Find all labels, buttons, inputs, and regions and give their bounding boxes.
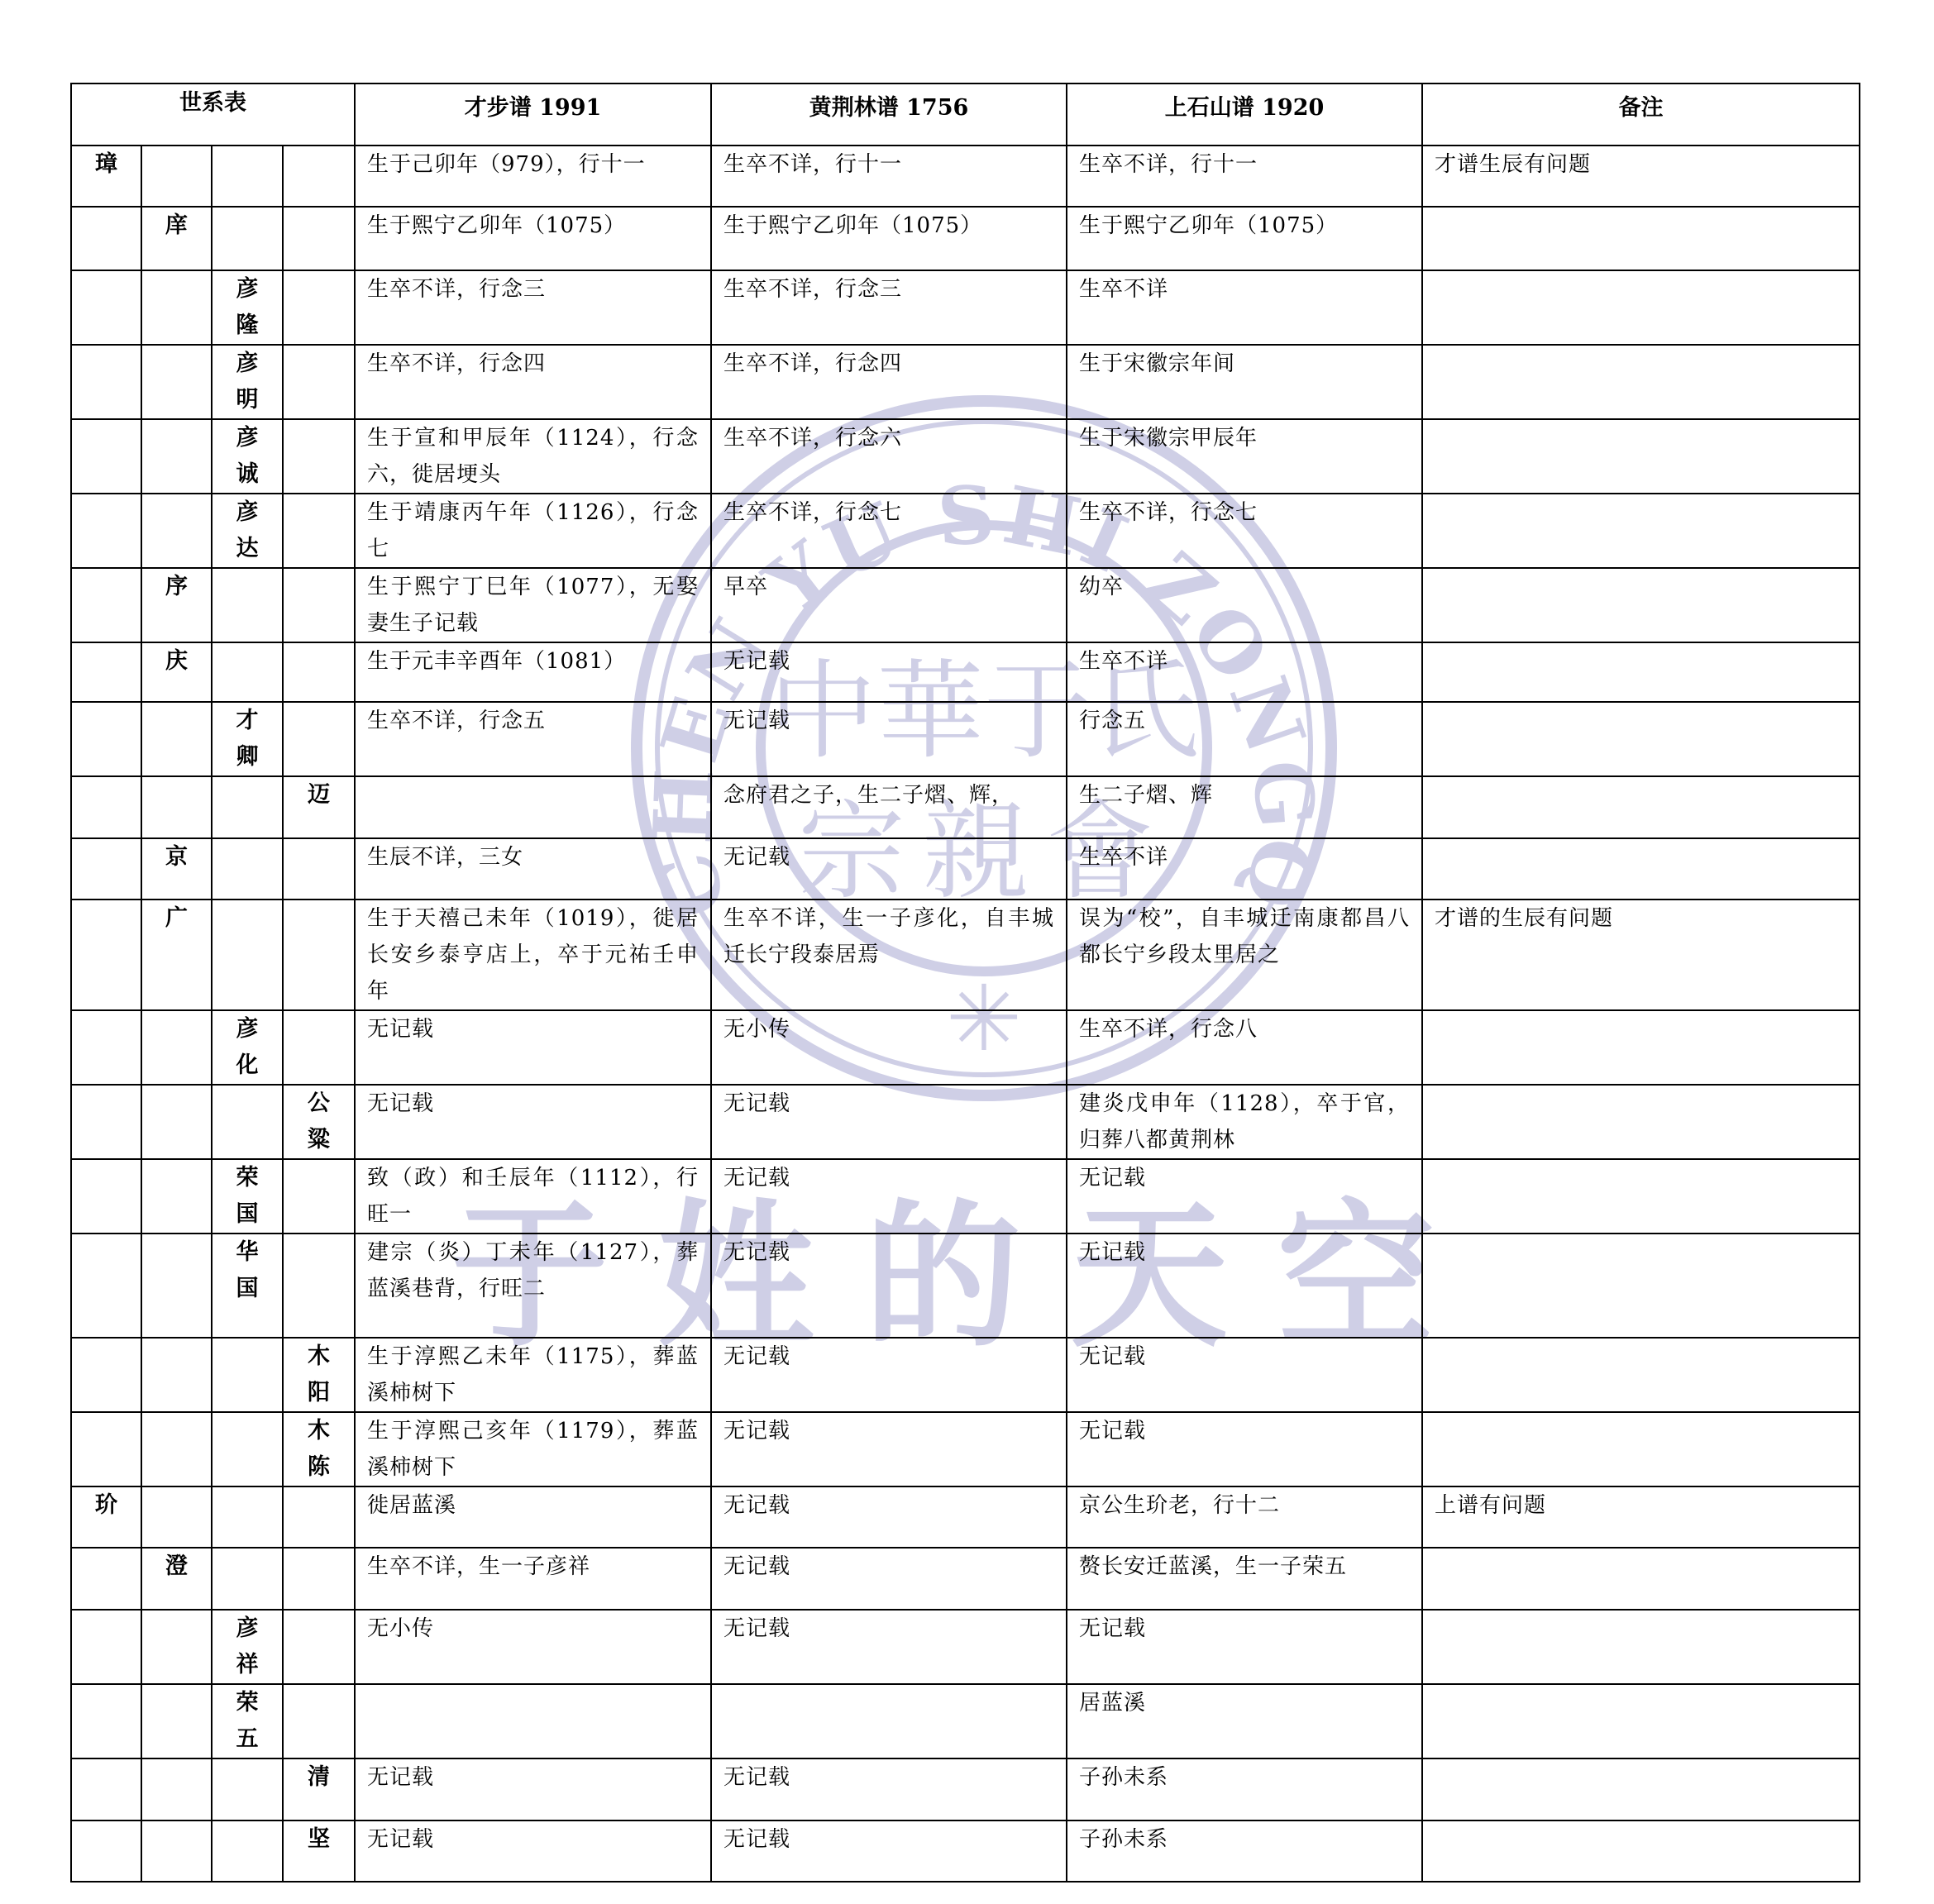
generation-cell-empty — [71, 776, 141, 838]
note-cell — [1422, 1548, 1860, 1610]
record-huangjinglin: 无记载 — [711, 1820, 1067, 1882]
generation-cell-empty — [71, 1159, 141, 1234]
generation-cell-empty — [141, 1010, 212, 1085]
person-name-text: 彦明 — [235, 346, 260, 418]
generation-cell-empty — [283, 1010, 355, 1085]
generation-cell-empty — [141, 419, 212, 494]
table-row: 玠徙居蓝溪无记载京公生玠老，行十二上谱有问题 — [71, 1486, 1860, 1548]
table-row: 庆生于元丰辛酉年（1081）无记载生卒不详 — [71, 642, 1860, 702]
generation-cell-empty — [141, 776, 212, 838]
person-name-text: 序 — [165, 569, 189, 605]
person-name: 荣国 — [212, 1159, 283, 1234]
person-name: 玠 — [71, 1486, 141, 1548]
generation-cell-empty — [283, 1684, 355, 1758]
record-huangjinglin: 生卒不详，生一子彦化，自丰城迁长宁段泰居焉 — [711, 900, 1067, 1010]
record-caibu: 建宗（炎）丁未年（1127），葬蓝溪巷背，行旺二 — [355, 1234, 711, 1338]
generation-cell-empty — [71, 1684, 141, 1758]
table-header-row: 世系表 才步谱 1991 黄荆林谱 1756 上石山谱 1920 备注 — [71, 84, 1860, 146]
record-huangjinglin: 无记载 — [711, 1486, 1067, 1548]
person-name-text: 彦诚 — [235, 420, 260, 493]
person-name: 木阳 — [283, 1338, 355, 1412]
generation-cell-empty — [141, 1412, 212, 1486]
generation-cell-empty — [71, 1610, 141, 1684]
note-cell — [1422, 1684, 1860, 1758]
record-shangshishan: 子孙未系 — [1067, 1758, 1422, 1820]
note-cell — [1422, 1234, 1860, 1338]
record-shangshishan: 生卒不详 — [1067, 270, 1422, 345]
person-name: 华国 — [212, 1234, 283, 1338]
record-caibu: 徙居蓝溪 — [355, 1486, 711, 1548]
record-shangshishan: 生卒不详，行念八 — [1067, 1010, 1422, 1085]
record-caibu — [355, 1684, 711, 1758]
note-cell: 才谱生辰有问题 — [1422, 146, 1860, 207]
person-name: 京 — [141, 838, 212, 900]
note-cell — [1422, 1085, 1860, 1159]
generation-cell-empty — [141, 270, 212, 345]
generation-cell-empty — [283, 568, 355, 642]
record-caibu: 生于宣和甲辰年（1124），行念六，徙居埂头 — [355, 419, 711, 494]
generation-cell-empty — [283, 900, 355, 1010]
generation-cell-empty — [71, 1234, 141, 1338]
record-caibu: 生卒不详，行念四 — [355, 345, 711, 419]
note-cell — [1422, 207, 1860, 270]
lineage-comparison-table: 世系表 才步谱 1991 黄荆林谱 1756 上石山谱 1920 备注 璋生于己… — [70, 83, 1860, 1883]
person-name-text: 彦达 — [235, 494, 260, 567]
generation-cell-empty — [141, 494, 212, 568]
person-name: 广 — [141, 900, 212, 1010]
person-name-text: 木阳 — [307, 1339, 332, 1411]
generation-cell-empty — [283, 270, 355, 345]
record-huangjinglin: 生卒不详，行念四 — [711, 345, 1067, 419]
record-caibu: 生于淳熙己亥年（1179），葬蓝溪柿树下 — [355, 1412, 711, 1486]
generation-cell-empty — [212, 900, 283, 1010]
record-caibu: 生于靖康丙午年（1126），行念七 — [355, 494, 711, 568]
generation-cell-empty — [71, 1758, 141, 1820]
record-huangjinglin: 生卒不详，行念三 — [711, 270, 1067, 345]
generation-cell-empty — [141, 1820, 212, 1882]
generation-cell-empty — [283, 419, 355, 494]
person-name-text: 庠 — [165, 208, 189, 244]
note-cell: 上谱有问题 — [1422, 1486, 1860, 1548]
table-row: 璋生于己卯年（979），行十一生卒不详，行十一生卒不详，行十一才谱生辰有问题 — [71, 146, 1860, 207]
person-name-text: 广 — [165, 900, 189, 937]
record-huangjinglin: 无记载 — [711, 838, 1067, 900]
person-name: 彦达 — [212, 494, 283, 568]
record-shangshishan: 幼卒 — [1067, 568, 1422, 642]
person-name: 彦诚 — [212, 419, 283, 494]
record-shangshishan: 生卒不详 — [1067, 838, 1422, 900]
note-cell — [1422, 776, 1860, 838]
table-row: 迈念府君之子，生二子熠、辉，生二子熠、辉 — [71, 776, 1860, 838]
generation-cell-empty — [71, 1010, 141, 1085]
note-cell — [1422, 1412, 1860, 1486]
generation-cell-empty — [71, 568, 141, 642]
person-name-text: 彦化 — [235, 1011, 260, 1084]
record-shangshishan: 生卒不详，行念七 — [1067, 494, 1422, 568]
generation-cell-empty — [71, 494, 141, 568]
generation-cell-empty — [212, 1338, 283, 1412]
source-header-huangjinglin: 黄荆林谱 1756 — [711, 84, 1067, 146]
generation-cell-empty — [71, 270, 141, 345]
note-cell — [1422, 1610, 1860, 1684]
person-name: 彦隆 — [212, 270, 283, 345]
record-caibu: 无记载 — [355, 1010, 711, 1085]
generation-cell-empty — [283, 838, 355, 900]
person-name: 序 — [141, 568, 212, 642]
table-row: 彦祥无小传无记载无记载 — [71, 1610, 1860, 1684]
person-name: 庆 — [141, 642, 212, 702]
table-row: 彦诚生于宣和甲辰年（1124），行念六，徙居埂头生卒不详，行念六生于宋徽宗甲辰年 — [71, 419, 1860, 494]
generation-cell-empty — [283, 1234, 355, 1338]
record-huangjinglin: 无记载 — [711, 1338, 1067, 1412]
generation-cell-empty — [212, 838, 283, 900]
record-shangshishan: 生于宋徽宗年间 — [1067, 345, 1422, 419]
record-shangshishan: 子孙未系 — [1067, 1820, 1422, 1882]
note-cell — [1422, 1010, 1860, 1085]
generation-cell-empty — [141, 1610, 212, 1684]
generation-cell-empty — [283, 642, 355, 702]
record-huangjinglin: 无记载 — [711, 702, 1067, 776]
note-cell — [1422, 1159, 1860, 1234]
note-cell — [1422, 345, 1860, 419]
generation-cell-empty — [212, 1758, 283, 1820]
table-row: 才卿生卒不详，行念五无记载行念五 — [71, 702, 1860, 776]
record-caibu: 生卒不详，行念三 — [355, 270, 711, 345]
generation-cell-empty — [71, 345, 141, 419]
note-cell — [1422, 419, 1860, 494]
record-huangjinglin: 生卒不详，行念六 — [711, 419, 1067, 494]
lineage-header: 世系表 — [71, 84, 355, 146]
record-caibu: 生于淳熙乙未年（1175），葬蓝溪柿树下 — [355, 1338, 711, 1412]
person-name-text: 璋 — [94, 146, 119, 183]
person-name-text: 华国 — [235, 1234, 260, 1307]
table-row: 彦化无记载无小传生卒不详，行念八 — [71, 1010, 1860, 1085]
generation-cell-empty — [141, 1234, 212, 1338]
record-caibu — [355, 776, 711, 838]
table-row: 京生辰不详，三女无记载生卒不详 — [71, 838, 1860, 900]
generation-cell-empty — [283, 345, 355, 419]
record-caibu: 生于熙宁丁巳年（1077），无娶妻生子记载 — [355, 568, 711, 642]
person-name: 璋 — [71, 146, 141, 207]
table-row: 彦达生于靖康丙午年（1126），行念七生卒不详，行念七生卒不详，行念七 — [71, 494, 1860, 568]
person-name-text: 彦隆 — [235, 271, 260, 344]
record-caibu: 无记载 — [355, 1758, 711, 1820]
table-row: 序生于熙宁丁巳年（1077），无娶妻生子记载早卒幼卒 — [71, 568, 1860, 642]
generation-cell-empty — [71, 207, 141, 270]
generation-cell-empty — [141, 1338, 212, 1412]
note-cell — [1422, 1758, 1860, 1820]
record-shangshishan: 生于宋徽宗甲辰年 — [1067, 419, 1422, 494]
record-caibu: 致（政）和壬辰年（1112），行旺一 — [355, 1159, 711, 1234]
record-shangshishan: 生于熙宁乙卯年（1075） — [1067, 207, 1422, 270]
person-name: 清 — [283, 1758, 355, 1820]
record-huangjinglin: 念府君之子，生二子熠、辉， — [711, 776, 1067, 838]
document-page: CHEN YU SHI ZONGQIN ASSOCIATION 中華于氏 宗親會… — [0, 0, 1934, 1904]
record-huangjinglin: 生于熙宁乙卯年（1075） — [711, 207, 1067, 270]
person-name-text: 荣五 — [235, 1685, 260, 1758]
person-name: 坚 — [283, 1820, 355, 1882]
record-shangshishan: 建炎戊申年（1128），卒于官，归葬八都黄荆林 — [1067, 1085, 1422, 1159]
note-cell — [1422, 1338, 1860, 1412]
generation-cell-empty — [71, 1820, 141, 1882]
generation-cell-empty — [212, 1486, 283, 1548]
generation-cell-empty — [212, 1548, 283, 1610]
record-huangjinglin: 无记载 — [711, 1234, 1067, 1338]
note-cell — [1422, 494, 1860, 568]
record-caibu: 无记载 — [355, 1085, 711, 1159]
record-huangjinglin: 无记载 — [711, 1758, 1067, 1820]
note-cell: 才谱的生辰有问题 — [1422, 900, 1860, 1010]
generation-cell-empty — [141, 1085, 212, 1159]
generation-cell-empty — [212, 1820, 283, 1882]
record-shangshishan: 京公生玠老，行十二 — [1067, 1486, 1422, 1548]
person-name: 才卿 — [212, 702, 283, 776]
notes-header: 备注 — [1422, 84, 1860, 146]
person-name-text: 玠 — [94, 1487, 119, 1524]
person-name-text: 清 — [307, 1759, 332, 1796]
record-shangshishan: 误为“校”，自丰城迁南康都昌八都长宁乡段太里居之 — [1067, 900, 1422, 1010]
generation-cell-empty — [71, 1548, 141, 1610]
record-huangjinglin: 无记载 — [711, 642, 1067, 702]
person-name: 荣五 — [212, 1684, 283, 1758]
person-name-text: 彦祥 — [235, 1611, 260, 1683]
source-header-caibu: 才步谱 1991 — [355, 84, 711, 146]
person-name-text: 京 — [165, 839, 189, 876]
person-name: 木陈 — [283, 1412, 355, 1486]
generation-cell-empty — [212, 146, 283, 207]
record-shangshishan: 无记载 — [1067, 1234, 1422, 1338]
record-shangshishan: 无记载 — [1067, 1159, 1422, 1234]
record-huangjinglin — [711, 1684, 1067, 1758]
generation-cell-empty — [283, 1159, 355, 1234]
generation-cell-empty — [71, 1085, 141, 1159]
record-huangjinglin: 生卒不详，行十一 — [711, 146, 1067, 207]
generation-cell-empty — [141, 1159, 212, 1234]
person-name-text: 庆 — [165, 643, 189, 680]
table-row: 彦明生卒不详，行念四生卒不详，行念四生于宋徽宗年间 — [71, 345, 1860, 419]
person-name: 彦化 — [212, 1010, 283, 1085]
generation-cell-empty — [283, 1486, 355, 1548]
record-caibu: 生于元丰辛酉年（1081） — [355, 642, 711, 702]
person-name: 庠 — [141, 207, 212, 270]
generation-cell-empty — [71, 419, 141, 494]
person-name-text: 才卿 — [235, 703, 260, 775]
generation-cell-empty — [71, 838, 141, 900]
record-caibu: 生卒不详，行念五 — [355, 702, 711, 776]
record-shangshishan: 无记载 — [1067, 1610, 1422, 1684]
generation-cell-empty — [212, 642, 283, 702]
record-huangjinglin: 生卒不详，行念七 — [711, 494, 1067, 568]
generation-cell-empty — [141, 1486, 212, 1548]
generation-cell-empty — [212, 1085, 283, 1159]
record-huangjinglin: 无记载 — [711, 1548, 1067, 1610]
generation-cell-empty — [141, 345, 212, 419]
record-huangjinglin: 无记载 — [711, 1412, 1067, 1486]
generation-cell-empty — [283, 494, 355, 568]
table-row: 华国建宗（炎）丁未年（1127），葬蓝溪巷背，行旺二无记载无记载 — [71, 1234, 1860, 1338]
record-shangshishan: 生二子熠、辉 — [1067, 776, 1422, 838]
record-shangshishan: 生卒不详 — [1067, 642, 1422, 702]
generation-cell-empty — [71, 900, 141, 1010]
person-name: 迈 — [283, 776, 355, 838]
generation-cell-empty — [71, 1338, 141, 1412]
table-row: 坚无记载无记载子孙未系 — [71, 1820, 1860, 1882]
note-cell — [1422, 1820, 1860, 1882]
person-name-text: 木陈 — [307, 1413, 332, 1486]
table-row: 荣国致（政）和壬辰年（1112），行旺一无记载无记载 — [71, 1159, 1860, 1234]
record-shangshishan: 行念五 — [1067, 702, 1422, 776]
table-row: 木阳生于淳熙乙未年（1175），葬蓝溪柿树下无记载无记载 — [71, 1338, 1860, 1412]
generation-cell-empty — [212, 1412, 283, 1486]
table-row: 公粱无记载无记载建炎戊申年（1128），卒于官，归葬八都黄荆林 — [71, 1085, 1860, 1159]
generation-cell-empty — [283, 1548, 355, 1610]
generation-cell-empty — [283, 146, 355, 207]
record-caibu: 无小传 — [355, 1610, 711, 1684]
generation-cell-empty — [283, 1610, 355, 1684]
record-caibu: 生于天禧己未年（1019），徙居长安乡泰亨店上，卒于元祐壬申年 — [355, 900, 711, 1010]
person-name-text: 澄 — [165, 1548, 189, 1585]
source-header-shangshishan: 上石山谱 1920 — [1067, 84, 1422, 146]
record-caibu: 生于己卯年（979），行十一 — [355, 146, 711, 207]
note-cell — [1422, 838, 1860, 900]
person-name-text: 荣国 — [235, 1160, 260, 1233]
person-name: 彦明 — [212, 345, 283, 419]
record-shangshishan: 无记载 — [1067, 1412, 1422, 1486]
table-row: 广生于天禧己未年（1019），徙居长安乡泰亨店上，卒于元祐壬申年生卒不详，生一子… — [71, 900, 1860, 1010]
record-huangjinglin: 无记载 — [711, 1610, 1067, 1684]
table-row: 澄生卒不详，生一子彦祥无记载赘长安迁蓝溪，生一子荣五 — [71, 1548, 1860, 1610]
note-cell — [1422, 270, 1860, 345]
person-name: 澄 — [141, 1548, 212, 1610]
table-row: 庠生于熙宁乙卯年（1075）生于熙宁乙卯年（1075）生于熙宁乙卯年（1075） — [71, 207, 1860, 270]
record-caibu: 无记载 — [355, 1820, 711, 1882]
generation-cell-empty — [141, 1758, 212, 1820]
record-shangshishan: 居蓝溪 — [1067, 1684, 1422, 1758]
person-name-text: 坚 — [307, 1821, 332, 1858]
note-cell — [1422, 702, 1860, 776]
table-row: 清无记载无记载子孙未系 — [71, 1758, 1860, 1820]
record-huangjinglin: 无小传 — [711, 1010, 1067, 1085]
generation-cell-empty — [212, 568, 283, 642]
table-row: 木陈生于淳熙己亥年（1179），葬蓝溪柿树下无记载无记载 — [71, 1412, 1860, 1486]
record-shangshishan: 生卒不详，行十一 — [1067, 146, 1422, 207]
record-caibu: 生卒不详，生一子彦祥 — [355, 1548, 711, 1610]
generation-cell-empty — [141, 702, 212, 776]
record-huangjinglin: 无记载 — [711, 1159, 1067, 1234]
record-shangshishan: 赘长安迁蓝溪，生一子荣五 — [1067, 1548, 1422, 1610]
table-row: 荣五居蓝溪 — [71, 1684, 1860, 1758]
record-caibu: 生辰不详，三女 — [355, 838, 711, 900]
note-cell — [1422, 642, 1860, 702]
generation-cell-empty — [71, 1412, 141, 1486]
generation-cell-empty — [71, 702, 141, 776]
generation-cell-empty — [71, 642, 141, 702]
table-row: 彦隆生卒不详，行念三生卒不详，行念三生卒不详 — [71, 270, 1860, 345]
generation-cell-empty — [141, 146, 212, 207]
person-name: 彦祥 — [212, 1610, 283, 1684]
generation-cell-empty — [283, 207, 355, 270]
generation-cell-empty — [212, 207, 283, 270]
person-name-text: 公粱 — [307, 1086, 332, 1158]
person-name: 公粱 — [283, 1085, 355, 1159]
record-huangjinglin: 无记载 — [711, 1085, 1067, 1159]
generation-cell-empty — [283, 702, 355, 776]
generation-cell-empty — [212, 776, 283, 838]
person-name-text: 迈 — [307, 777, 332, 814]
record-shangshishan: 无记载 — [1067, 1338, 1422, 1412]
generation-cell-empty — [141, 1684, 212, 1758]
record-huangjinglin: 早卒 — [711, 568, 1067, 642]
record-caibu: 生于熙宁乙卯年（1075） — [355, 207, 711, 270]
note-cell — [1422, 568, 1860, 642]
